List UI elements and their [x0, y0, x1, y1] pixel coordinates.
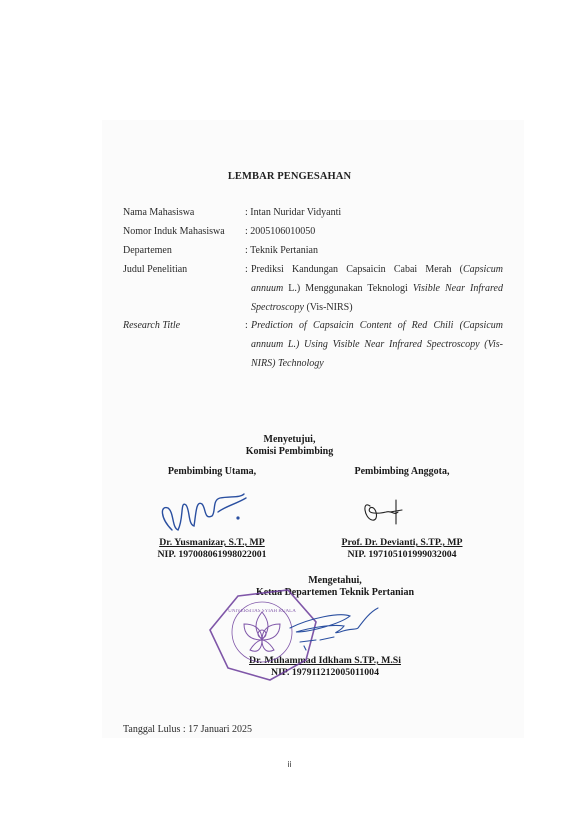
university-stamp — [210, 590, 316, 680]
signatures-layer: UNIVERSITAS SYIAH KUALA — [0, 0, 579, 819]
graduation-date: Tanggal Lulus : 17 Januari 2025 — [123, 724, 252, 735]
signature-member-supervisor — [365, 500, 402, 524]
page-number: ii — [0, 760, 579, 769]
signature-department-head — [290, 608, 378, 650]
stamp-text: UNIVERSITAS SYIAH KUALA — [228, 609, 296, 614]
signature-main-supervisor — [162, 494, 246, 530]
